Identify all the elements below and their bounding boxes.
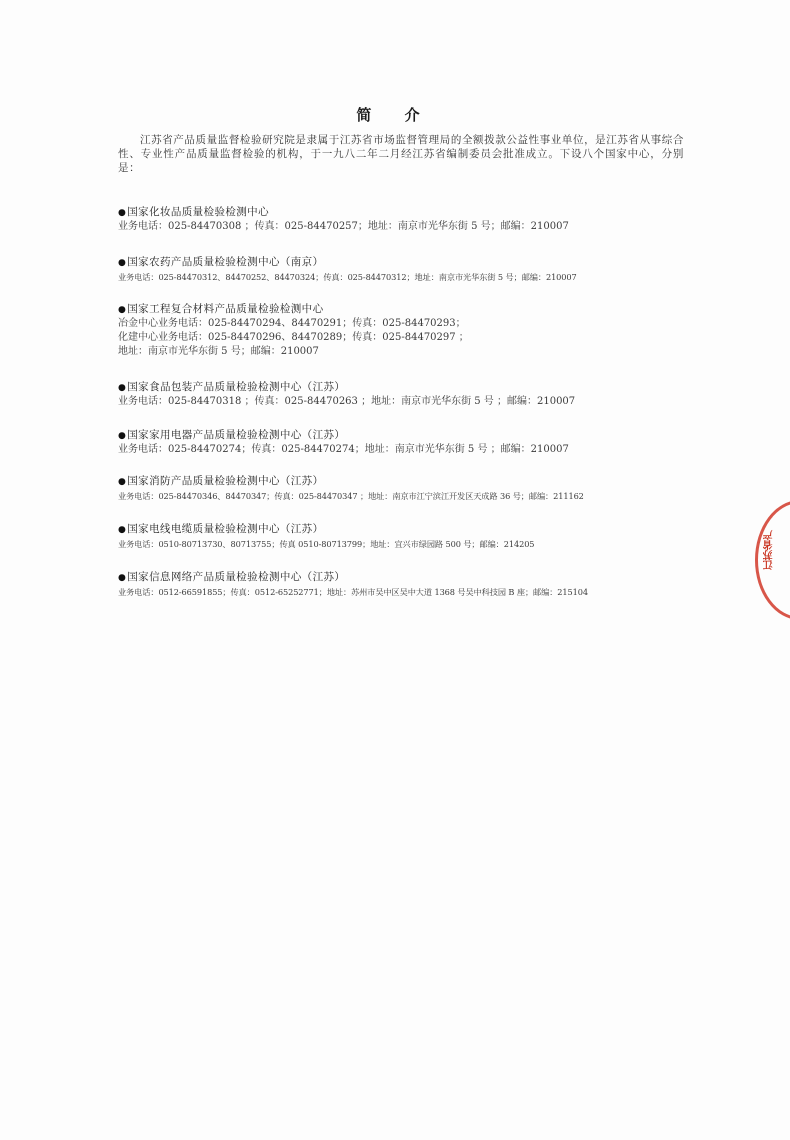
center-contact-line: 业务电话：025-84470308 ；传真：025-84470257；地址：南京… bbox=[118, 220, 690, 234]
center-contact-line: 化建中心业务电话：025-84470296、84470289；传真：025-84… bbox=[118, 331, 690, 345]
center-name: ●国家家用电器产品质量检验检测中心（江苏） bbox=[118, 428, 690, 443]
intro-paragraph: 江苏省产品质量监督检验研究院是隶属于江苏省市场监督管理局的全额拨款公益性事业单位… bbox=[118, 133, 684, 175]
center-contact-line: 业务电话：0510-80713730、80713755；传真 0510-8071… bbox=[118, 537, 690, 551]
center-name: ●国家信息网络产品质量检验检测中心（江苏） bbox=[118, 570, 690, 585]
center-name-text: 国家食品包装产品质量检验检测中心（江苏） bbox=[127, 381, 345, 393]
center-entry-composite-materials: ●国家工程复合材料产品质量检验检测中心 冶金中心业务电话：025-8447029… bbox=[118, 302, 690, 359]
center-name-text: 国家工程复合材料产品质量检验检测中心 bbox=[127, 303, 323, 315]
center-entry-information-network: ●国家信息网络产品质量检验检测中心（江苏） 业务电话：0512-66591855… bbox=[118, 570, 690, 599]
center-entry-fire-protection: ●国家消防产品质量检验检测中心（江苏） 业务电话：025-84470346、84… bbox=[118, 474, 690, 503]
bullet-icon: ● bbox=[118, 525, 126, 535]
center-name-text: 国家信息网络产品质量检验检测中心（江苏） bbox=[127, 571, 345, 583]
center-name: ●国家工程复合材料产品质量检验检测中心 bbox=[118, 302, 690, 317]
center-name: ●国家农药产品质量检验检测中心（南京） bbox=[118, 255, 690, 270]
center-name-text: 国家化妆品质量检验检测中心 bbox=[127, 206, 269, 218]
center-name: ●国家电线电缆质量检验检测中心（江苏） bbox=[118, 522, 690, 537]
center-entry-wire-cable: ●国家电线电缆质量检验检测中心（江苏） 业务电话：0510-80713730、8… bbox=[118, 522, 690, 551]
center-name-text: 国家农药产品质量检验检测中心（南京） bbox=[127, 256, 323, 268]
bullet-icon: ● bbox=[118, 208, 126, 218]
center-contact-line: 业务电话：0512-66591855；传真：0512-65252771；地址：苏… bbox=[118, 585, 690, 599]
bullet-icon: ● bbox=[118, 477, 126, 487]
center-entry-household-appliances: ●国家家用电器产品质量检验检测中心（江苏） 业务电话：025-84470274；… bbox=[118, 428, 690, 457]
bullet-icon: ● bbox=[118, 573, 126, 583]
center-name-text: 国家电线电缆质量检验检测中心（江苏） bbox=[127, 523, 323, 535]
center-name-text: 国家消防产品质量检验检测中心（江苏） bbox=[127, 475, 323, 487]
center-entry-food-packaging: ●国家食品包装产品质量检验检测中心（江苏） 业务电话：025-84470318 … bbox=[118, 380, 690, 409]
document-page: 简 介 江苏省产品质量监督检验研究院是隶属于江苏省市场监督管理局的全额拨款公益性… bbox=[0, 0, 790, 1140]
center-name: ●国家化妆品质量检验检测中心 bbox=[118, 205, 690, 220]
bullet-icon: ● bbox=[118, 431, 126, 441]
center-name: ●国家食品包装产品质量检验检测中心（江苏） bbox=[118, 380, 690, 395]
bullet-icon: ● bbox=[118, 258, 126, 268]
center-name-text: 国家家用电器产品质量检验检测中心（江苏） bbox=[127, 429, 345, 441]
center-contact-line: 业务电话：025-84470346、84470347；传真：025-844703… bbox=[118, 489, 690, 503]
center-contact-line: 业务电话：025-84470318 ；传真：025-84470263 ；地址：南… bbox=[118, 395, 690, 409]
center-entry-cosmetics: ●国家化妆品质量检验检测中心 业务电话：025-84470308 ；传真：025… bbox=[118, 205, 690, 234]
center-contact-line: 业务电话：025-84470274；传真：025-84470274；地址：南京市… bbox=[118, 443, 690, 457]
center-contact-line: 业务电话：025-84470312、84470252、84470324；传真：0… bbox=[118, 270, 690, 284]
bullet-icon: ● bbox=[118, 383, 126, 393]
center-name: ●国家消防产品质量检验检测中心（江苏） bbox=[118, 474, 690, 489]
center-contact-line: 地址：南京市光华东街 5 号；邮编：210007 bbox=[118, 345, 690, 359]
bullet-icon: ● bbox=[118, 305, 126, 315]
center-entry-pesticides: ●国家农药产品质量检验检测中心（南京） 业务电话：025-84470312、84… bbox=[118, 255, 690, 284]
seal-text: 江苏省产 bbox=[764, 530, 778, 570]
center-contact-line: 冶金中心业务电话：025-84470294、84470291；传真：025-84… bbox=[118, 317, 690, 331]
page-title: 简 介 bbox=[0, 104, 790, 125]
